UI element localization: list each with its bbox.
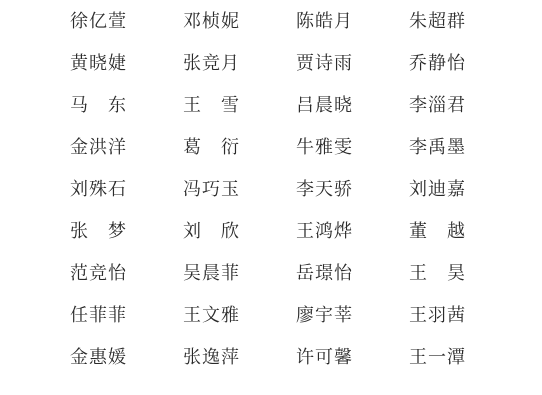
name-char: 晓 bbox=[334, 85, 352, 127]
name-char: 逸 bbox=[202, 337, 220, 379]
name-char: 菲 bbox=[108, 295, 126, 337]
name-cell: 李禹墨 bbox=[409, 127, 465, 169]
name-cell: 董越 bbox=[409, 211, 465, 253]
name-char: 迪 bbox=[428, 169, 446, 211]
name-cell: 王文雅 bbox=[183, 295, 239, 337]
name-char: 禹 bbox=[428, 127, 446, 169]
name-char: 马 bbox=[70, 85, 88, 127]
name-char: 璟 bbox=[315, 253, 333, 295]
name-char: 任 bbox=[70, 295, 88, 337]
name-cell: 马东 bbox=[70, 85, 126, 127]
name-cell: 范竞怡 bbox=[70, 253, 126, 295]
name-char: 月 bbox=[221, 43, 239, 85]
name-char: 王 bbox=[409, 337, 427, 379]
name-cell: 张逸萍 bbox=[183, 337, 239, 379]
name-char: 金 bbox=[70, 337, 88, 379]
name-row: 徐亿萱邓桢妮陈皓月朱超群 bbox=[70, 1, 530, 43]
name-char: 皓 bbox=[315, 1, 333, 43]
name-char: 张 bbox=[183, 337, 201, 379]
name-cell: 陈皓月 bbox=[296, 1, 352, 43]
name-char: 晨 bbox=[315, 85, 333, 127]
name-char: 冯 bbox=[183, 169, 201, 211]
name-row: 黄晓婕张竞月贾诗雨乔静怡 bbox=[70, 43, 530, 85]
name-char: 玉 bbox=[221, 169, 239, 211]
name-cell: 吕晨晓 bbox=[296, 85, 352, 127]
name-char: 黄 bbox=[70, 43, 88, 85]
name-row: 金洪洋葛衍牛雅雯李禹墨 bbox=[70, 127, 530, 169]
name-char: 烨 bbox=[334, 211, 352, 253]
name-char: 巧 bbox=[202, 169, 220, 211]
name-char: 雅 bbox=[221, 295, 239, 337]
name-char: 萍 bbox=[221, 337, 239, 379]
name-cell: 徐亿萱 bbox=[70, 1, 126, 43]
name-char: 雨 bbox=[334, 43, 352, 85]
name-cell: 王羽茜 bbox=[409, 295, 465, 337]
name-char: 张 bbox=[70, 211, 88, 253]
name-cell: 吴晨菲 bbox=[183, 253, 239, 295]
name-char: 王 bbox=[296, 211, 314, 253]
name-char: 晨 bbox=[202, 253, 220, 295]
name-char: 君 bbox=[447, 85, 465, 127]
name-char: 王 bbox=[409, 295, 427, 337]
name-char: 雅 bbox=[315, 127, 333, 169]
name-char: 馨 bbox=[334, 337, 352, 379]
name-char: 婕 bbox=[108, 43, 126, 85]
name-cell: 李天骄 bbox=[296, 169, 352, 211]
name-row: 金惠媛张逸萍许可馨王一潭 bbox=[70, 337, 530, 379]
name-char: 诗 bbox=[315, 43, 333, 85]
name-char: 天 bbox=[315, 169, 333, 211]
name-char: 晓 bbox=[89, 43, 107, 85]
name-row: 范竞怡吴晨菲岳璟怡王昊 bbox=[70, 253, 530, 295]
name-char: 群 bbox=[447, 1, 465, 43]
name-char: 潭 bbox=[447, 337, 465, 379]
name-char: 刘 bbox=[183, 211, 201, 253]
name-char: 怡 bbox=[334, 253, 352, 295]
name-char: 刘 bbox=[409, 169, 427, 211]
name-char: 淄 bbox=[428, 85, 446, 127]
name-char: 洪 bbox=[89, 127, 107, 169]
name-char: 陈 bbox=[296, 1, 314, 43]
name-char: 菲 bbox=[221, 253, 239, 295]
name-char: 竞 bbox=[89, 253, 107, 295]
name-char: 衍 bbox=[221, 127, 239, 169]
name-char: 廖 bbox=[296, 295, 314, 337]
name-char: 宇 bbox=[315, 295, 333, 337]
name-char: 亿 bbox=[89, 1, 107, 43]
name-row: 任菲菲王文雅廖宇莘王羽茜 bbox=[70, 295, 530, 337]
name-char: 朱 bbox=[409, 1, 427, 43]
name-cell: 任菲菲 bbox=[70, 295, 126, 337]
name-char: 李 bbox=[409, 127, 427, 169]
name-char: 石 bbox=[108, 169, 126, 211]
name-char: 范 bbox=[70, 253, 88, 295]
name-cell: 朱超群 bbox=[409, 1, 465, 43]
name-char: 惠 bbox=[89, 337, 107, 379]
name-cell: 刘殊石 bbox=[70, 169, 126, 211]
name-char: 莘 bbox=[334, 295, 352, 337]
name-char: 刘 bbox=[70, 169, 88, 211]
name-cell: 贾诗雨 bbox=[296, 43, 352, 85]
name-char: 昊 bbox=[447, 253, 465, 295]
name-cell: 王雪 bbox=[183, 85, 239, 127]
name-cell: 王昊 bbox=[409, 253, 465, 295]
name-cell: 牛雅雯 bbox=[296, 127, 352, 169]
name-char: 金 bbox=[70, 127, 88, 169]
name-cell: 李淄君 bbox=[409, 85, 465, 127]
name-char: 董 bbox=[409, 211, 427, 253]
name-char: 梦 bbox=[108, 211, 126, 253]
name-char: 王 bbox=[183, 295, 201, 337]
name-char: 乔 bbox=[409, 43, 427, 85]
name-row: 刘殊石冯巧玉李天骄刘迪嘉 bbox=[70, 169, 530, 211]
name-char: 洋 bbox=[108, 127, 126, 169]
name-char: 东 bbox=[108, 85, 126, 127]
name-char: 岳 bbox=[296, 253, 314, 295]
name-cell: 廖宇莘 bbox=[296, 295, 352, 337]
name-cell: 黄晓婕 bbox=[70, 43, 126, 85]
name-cell: 张竞月 bbox=[183, 43, 239, 85]
name-char: 媛 bbox=[108, 337, 126, 379]
name-row: 张梦刘欣王鸿烨董越 bbox=[70, 211, 530, 253]
name-char: 桢 bbox=[202, 1, 220, 43]
name-char: 墨 bbox=[447, 127, 465, 169]
name-char: 李 bbox=[296, 169, 314, 211]
name-char: 妮 bbox=[221, 1, 239, 43]
name-char: 张 bbox=[183, 43, 201, 85]
name-char: 羽 bbox=[428, 295, 446, 337]
name-cell: 刘欣 bbox=[183, 211, 239, 253]
name-char: 欣 bbox=[221, 211, 239, 253]
name-char: 李 bbox=[409, 85, 427, 127]
name-cell: 金洪洋 bbox=[70, 127, 126, 169]
name-cell: 王鸿烨 bbox=[296, 211, 352, 253]
name-char: 越 bbox=[447, 211, 465, 253]
name-char: 嘉 bbox=[447, 169, 465, 211]
name-cell: 乔静怡 bbox=[409, 43, 465, 85]
name-char: 怡 bbox=[108, 253, 126, 295]
name-char: 雪 bbox=[221, 85, 239, 127]
name-char: 王 bbox=[409, 253, 427, 295]
name-cell: 王一潭 bbox=[409, 337, 465, 379]
name-cell: 岳璟怡 bbox=[296, 253, 352, 295]
name-cell: 许可馨 bbox=[296, 337, 352, 379]
name-char: 萱 bbox=[108, 1, 126, 43]
name-char: 许 bbox=[296, 337, 314, 379]
name-cell: 冯巧玉 bbox=[183, 169, 239, 211]
name-char: 竞 bbox=[202, 43, 220, 85]
name-char: 贾 bbox=[296, 43, 314, 85]
name-char: 吴 bbox=[183, 253, 201, 295]
name-char: 文 bbox=[202, 295, 220, 337]
name-char: 月 bbox=[334, 1, 352, 43]
name-char: 可 bbox=[315, 337, 333, 379]
name-char: 徐 bbox=[70, 1, 88, 43]
name-char: 吕 bbox=[296, 85, 314, 127]
name-char: 菲 bbox=[89, 295, 107, 337]
name-char: 超 bbox=[428, 1, 446, 43]
name-char: 怡 bbox=[447, 43, 465, 85]
name-char: 殊 bbox=[89, 169, 107, 211]
name-char: 一 bbox=[428, 337, 446, 379]
name-cell: 张梦 bbox=[70, 211, 126, 253]
name-cell: 金惠媛 bbox=[70, 337, 126, 379]
name-cell: 刘迪嘉 bbox=[409, 169, 465, 211]
name-char: 鸿 bbox=[315, 211, 333, 253]
name-cell: 葛衍 bbox=[183, 127, 239, 169]
name-cell: 邓桢妮 bbox=[183, 1, 239, 43]
name-char: 骄 bbox=[334, 169, 352, 211]
name-row: 马东王雪吕晨晓李淄君 bbox=[70, 85, 530, 127]
name-char: 雯 bbox=[334, 127, 352, 169]
name-char: 邓 bbox=[183, 1, 201, 43]
name-char: 葛 bbox=[183, 127, 201, 169]
name-char: 牛 bbox=[296, 127, 314, 169]
name-char: 茜 bbox=[447, 295, 465, 337]
name-char: 静 bbox=[428, 43, 446, 85]
name-char: 王 bbox=[183, 85, 201, 127]
